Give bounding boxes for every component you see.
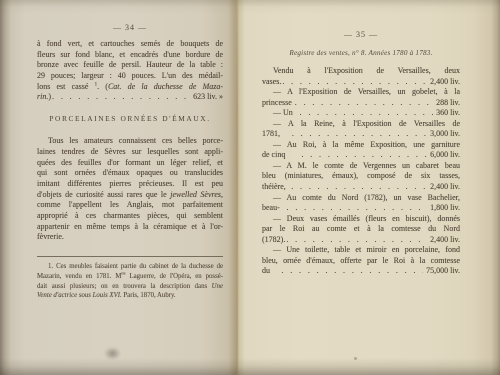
text-segment: Vente d'actrice sous Louis XVI. [37,292,122,299]
text-line: Tous les amateurs connaissent ces belles… [37,136,223,147]
text-segment: laines tendres de Sèvres sur lesquelles … [37,147,223,156]
sales-entries: Vendu à l'Exposition de Versailles, deux… [262,66,460,277]
text-segment: rin. [37,92,48,103]
ink-smudge [104,347,121,360]
text-line: dait aussi plusieurs; on en trouvera la … [37,282,223,292]
text-line: — A l'Exposition de Versailles, un gobel… [262,87,460,98]
text-segment: bronze avec feuille de persil. Hauteur d… [37,60,223,69]
dot-leader: . . . . . . . . . . . . . . . . . . . . … [300,108,434,119]
text-segment: comme l'appellent les Anglais, mot parfa… [37,200,223,209]
dot-leader: . . . . . . . . . . . . . . . . . . . . … [291,182,427,193]
book-gutter-crease [236,0,238,375]
text-line: à fond vert, et cartouches semés de bouq… [37,39,223,50]
price-amount: 623 liv. » [193,92,223,103]
text-segment: quées des feuilles d'or formant un léger… [37,158,223,167]
left-paragraph-continuation: à fond vert, et cartouches semés de bouq… [37,39,223,103]
text-line: Vente d'actrice sous Louis XVI. Paris, 1… [37,291,223,301]
text-segment: ) [48,92,51,103]
price-amount: 6,000 liv. [430,150,460,161]
left-page-number: — 34 — [37,23,223,33]
text-line: laines tendres de Sèvres sur lesquelles … [37,147,223,158]
text-segment: lons est cassé [37,82,95,91]
text-segment: . ( [97,82,108,91]
footnote: 1. Ces meubles faisaient partie du cabin… [37,262,223,301]
left-paragraph-main: Tous les amateurs connaissent ces belles… [37,136,223,243]
text-line: de cinq vases (miniatures, émaux).. . . … [262,150,460,161]
text-segment: , [221,190,223,199]
text-line: bronze avec feuille de persil. Hauteur d… [37,60,223,71]
section-heading: PORCELAINES ORNÉES D'ÉMAUX. [37,114,223,124]
text-line: — Une toilette, table et miroir en porce… [262,245,460,256]
text-segment: — Une toilette, table et miroir en porce… [273,245,460,254]
text-line: princesse Charlotte.. . . . . . . . . . … [262,98,460,109]
text-segment: — Deux vases émaillés (fleurs en biscuit… [273,214,460,223]
text-segment: 1781, une garniture de trois vases. [262,129,291,140]
text-segment: beau-bleu, émaillé [262,203,286,214]
text-segment: d'objets de curiosité aussi rares que le [37,190,170,199]
text-line: (1782).. . . . . . . . . . . . . . . . .… [262,235,460,246]
dot-leader: . . . . . . . . . . . . . . . . . . . . … [287,203,428,214]
dot-leader: . . . . . . . . . . . . . . . . . . . . … [286,235,427,246]
text-segment: à fond vert, et cartouches semés de bouq… [37,39,223,48]
text-segment: appartenir en même temps à la céramique … [37,222,223,231]
price-amount: 1,800 liv. [430,203,460,214]
text-line: beau-bleu, émaillé. . . . . . . . . . . … [262,203,460,214]
price-amount: 2,400 liv. [430,77,460,88]
text-segment: théière, pots à sucre et à lait, jatte. [262,182,290,193]
dot-leader: . . . . . . . . . . . . . . . . . . . . … [301,150,427,161]
text-line: comme l'appellent les Anglais, mot parfa… [37,200,223,211]
text-line: lons est cassé 1. (Cat. de la duchesse d… [37,82,223,93]
text-line: théière, pots à sucre et à lait, jatte..… [262,182,460,193]
text-segment: bleu, ornée d'émaux, offerte par le Roi … [262,256,460,265]
book-photo: — 34 — à fond vert, et cartouches semés … [0,0,500,375]
text-segment: approprié à ces charmantes pièces, qui s… [37,211,223,220]
text-line: vases.. . . . . . . . . . . . . . . . . … [262,77,460,88]
register-running-head: Registre des ventes, n° 8. Années 1780 à… [262,49,460,58]
dot-leader: . . . . . . . . . . . . . . . . . . . . … [281,266,423,277]
text-segment: Vendu à l'Exposition de Versailles, deux [273,66,460,75]
text-segment: du Nord. [262,266,280,277]
price-amount: 288 liv. [436,98,460,109]
text-line: bleu (miniatures, émaux), composé de six… [262,171,460,182]
text-segment: princesse Charlotte. [262,98,294,109]
text-line: Mazarin, vendu en 1781. Mlle Laguerre, d… [37,272,223,282]
text-segment: qui sont ornées d'émaux opaques ou trans… [37,168,223,177]
left-page: — 34 — à fond vert, et cartouches semés … [37,23,223,301]
price-amount: 2,400 liv. [430,182,460,193]
text-segment: — Au comte du Nord (1782), un vase Bache… [273,193,460,202]
text-segment: — Au Roi, à la même Exposition, une garn… [273,140,460,149]
text-segment: Paris, 1870, Aubry. [122,292,176,299]
dot-leader: . . . . . . . . . . . . . . . . . . . . … [292,129,427,140]
text-segment: Cat. de la duchesse de Maza- [108,82,223,91]
price-amount: 2,400 liv. [430,235,460,246]
text-segment: Laguerre, de l'Opéra, en possé- [126,273,223,280]
text-segment: de cinq vases (miniatures, émaux). [262,150,300,161]
text-line: — Au Roi, à la même Exposition, une garn… [262,140,460,151]
dot-leader: . . . . . . . . . . . . . . . . . . . . … [52,92,190,103]
text-line: 1781, une garniture de trois vases.. . .… [262,129,460,140]
text-line: quées des feuilles d'or formant un léger… [37,158,223,169]
price-amount: 3,000 liv. [430,129,460,140]
text-line: Vendu à l'Exposition de Versailles, deux [262,66,460,77]
text-line: — Au comte du Nord (1782), un vase Bache… [262,193,460,204]
text-segment: Mazarin, vendu en 1781. M [37,273,121,280]
text-segment: imitant différentes pierres précieuses. … [37,179,223,188]
dot-leader: . . . . . . . . . . . . . . . . . . . . … [282,77,427,88]
dot-leader: . . . . . . . . . . . . . . . . . . . . … [295,98,433,109]
text-segment: fleurs sur fond blanc, et encadrés d'une… [37,50,223,59]
text-segment: Une [212,283,223,290]
text-line: 29 pouces; largeur : 40 pouces. L'un des… [37,71,223,82]
text-segment: Tous les amateurs connaissent ces belles… [48,136,223,145]
text-line: d'objets de curiosité aussi rares que le… [37,190,223,201]
text-line: qui sont ornées d'émaux opaques ou trans… [37,168,223,179]
text-segment: fèvrerie. [37,232,64,241]
text-line: fleurs sur fond blanc, et encadrés d'une… [37,50,223,61]
text-line: — Un gobelet, du prix de.. . . . . . . .… [262,108,460,119]
text-segment: 29 pouces; largeur : 40 pouces. L'un des… [37,71,223,80]
text-segment: (1782). [262,235,285,246]
text-line: du Nord.. . . . . . . . . . . . . . . . … [262,266,460,277]
text-line: par le Roi au comte et à la comtesse du … [262,224,460,235]
text-line: — Deux vases émaillés (fleurs en biscuit… [262,214,460,225]
text-segment: jewelled Sèvres [170,190,221,199]
text-segment: — A la Reine, à l'Exposition de Versaill… [273,119,460,128]
text-line: appartenir en même temps à la céramique … [37,222,223,233]
text-line: rin.). . . . . . . . . . . . . . . . . .… [37,92,223,103]
text-line: approprié à ces charmantes pièces, qui s… [37,211,223,222]
text-segment: vases. [262,77,281,88]
text-segment: — Un gobelet, du prix de. [273,108,299,119]
text-line: 1. Ces meubles faisaient partie du cabin… [37,262,223,272]
text-segment: 1. Ces meubles faisaient partie du cabin… [48,263,223,270]
text-line: imitant différentes pierres précieuses. … [37,179,223,190]
text-line: fèvrerie. [37,232,223,243]
text-segment: bleu (miniatures, émaux), composé de six… [262,171,460,180]
text-segment: — A M. le comte de Vergennes un cabaret … [273,161,460,170]
footnote-rule [37,256,223,257]
price-amount: 75,000 liv. [426,266,460,277]
right-page: — 35 — Registre des ventes, n° 8. Années… [262,30,460,277]
text-segment: — A l'Exposition de Versailles, un gobel… [273,87,460,96]
text-segment: dait aussi plusieurs; on en trouvera la … [37,283,212,290]
text-line: — A la Reine, à l'Exposition de Versaill… [262,119,460,130]
text-segment: par le Roi au comte et à la comtesse du … [262,224,460,233]
price-amount: 360 liv. [436,108,460,119]
right-page-number: — 35 — [262,30,460,40]
paper-speck [354,357,357,360]
text-line: — A M. le comte de Vergennes un cabaret … [262,161,460,172]
text-line: bleu, ornée d'émaux, offerte par le Roi … [262,256,460,267]
